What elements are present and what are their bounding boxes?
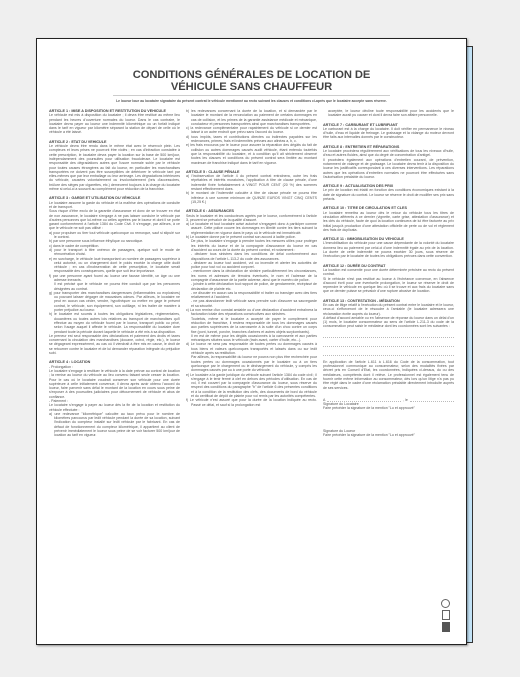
article-12-text-1: La location est consentie pour une durée…: [323, 268, 454, 277]
date-field[interactable]: [410, 398, 454, 402]
article-6-item-d: d) Le loueur ne sera pas responsable de …: [186, 342, 317, 355]
article-3-item-f: f) par une personne ayant fourni au loue…: [49, 274, 180, 283]
article-6-b-dash-6: - ne pas abandonner ledit véhicule sans …: [186, 299, 317, 308]
article-6-c-text-2: Il en est de même pour les dégâts occasi…: [186, 334, 317, 343]
article-13-text-3: En application de l'article L.611 à L.61…: [323, 360, 454, 390]
article-6-f-continued: acceptée, le loueur décline toute respon…: [323, 109, 454, 118]
article-9-text: Le prix de location est établi en foncti…: [323, 188, 454, 201]
mediator-line-1[interactable]: [323, 331, 454, 338]
column-2: b) les redevances concernant la durée de…: [186, 109, 317, 438]
article-3-f-note: Il est précisé que le véhicule ne pourra…: [49, 282, 180, 291]
article-2-text: Le véhicule devra être rendu dans le mêm…: [49, 144, 180, 191]
article-6-b-dash-3: - mentionner dans la déclaration de sini…: [186, 269, 317, 282]
article-4-prolongation-text: Le locataire s'engage à restituer le véh…: [49, 369, 180, 399]
article-6-b-text: De plus, le locataire s'engage à prendre…: [186, 239, 317, 252]
article-4-item-e: e) les frais encourus par le loueur pour…: [186, 143, 317, 164]
recycle-icon: [441, 599, 450, 608]
article-6-b-dash-1: - déclarer tous sinistres dans les condi…: [186, 252, 317, 261]
article-3-intro: Le locataire assume la garde du véhicule…: [49, 201, 180, 210]
date-label: , le: [403, 398, 408, 402]
article-6-item-a: a) Le locataire et tout locataire avisé …: [186, 222, 317, 235]
owner-signature-block: Signature du Loueur Faire précéder la si…: [323, 429, 454, 438]
article-3-outro: Le preneur est seul responsable des décl…: [49, 334, 180, 355]
columns: ARTICLE 1 : MISE A DISPOSITION ET RESTIT…: [49, 109, 454, 438]
article-6-item-c: c) La non remise d'un constat amiable ou…: [186, 308, 317, 317]
tenant-signature-note: Faire précéder la signature de la mentio…: [323, 406, 454, 410]
article-6-b-dash-4: - joindre à cette déclaration tout rappo…: [186, 282, 317, 291]
owner-signature-note: Faire précéder la signature de la mentio…: [323, 433, 454, 437]
article-3-item-e: e) en surcharge, le véhicule loué transp…: [49, 257, 180, 274]
article-5-item-b: b) le montant de l'indemnité calculée à …: [186, 191, 317, 204]
eco-icons: [441, 599, 450, 632]
column-1: ARTICLE 1 : MISE A DISPOSITION ET RESTIT…: [49, 109, 180, 438]
article-6-item-e: e) Le locataire a la garde juridique du …: [186, 373, 317, 399]
article-4-item-b: b) les redevances concernant la durée de…: [186, 109, 317, 126]
article-4-item-c: c) la redevance complémentaire pour rapa…: [186, 126, 317, 135]
trash-bin-icon: [442, 622, 450, 632]
article-4-item-a: a) une redevance "kilométrique" calculée…: [49, 412, 180, 438]
tenant-signature-block: A , le Signature du Locataire Faire préc…: [323, 398, 454, 411]
article-7-text: Le carburant est à la charge du locatair…: [323, 127, 454, 140]
article-1-text: Le véhicule est mis à disposition du loc…: [49, 113, 180, 134]
paper-icon: [442, 610, 450, 620]
article-6-b-dash-2: - déclarer au loueur tout accident, vol …: [186, 261, 317, 270]
article-3-item-h: h) le locataire est soumis à toutes les …: [49, 312, 180, 333]
article-12-text-2: Si le véhicule n'est pas restitué au lou…: [323, 277, 454, 294]
article-13-text-1: En cas de litige relatif à l'exécution d…: [323, 303, 454, 316]
article-13-text-2: A défaut d'accord amiable ou en l'absenc…: [323, 316, 454, 329]
article-6-c-text-1: Toutefois, même si le locataire a accept…: [186, 317, 317, 334]
article-8-text-1: Le locataire procèdera régulièrement aux…: [323, 149, 454, 158]
mediator-line-3[interactable]: [323, 349, 454, 356]
article-10-text: Le locataire remettra au loueur dès le r…: [323, 211, 454, 232]
article-8-text-2: Il procèdera également aux opérations d'…: [323, 158, 454, 179]
article-4-payment-text: Le locataire s'engage à payer au loueur …: [49, 403, 180, 412]
article-3-item-g: g) pour transporter des marchandises dan…: [49, 291, 180, 312]
column-3: acceptée, le loueur décline toute respon…: [323, 109, 454, 438]
document-page: CONDITIONS GÉNÉRALES DE LOCATION DE VÉHI…: [36, 38, 467, 645]
article-6-item-f: f) Le véhicule n'est assuré que pour la …: [186, 398, 317, 407]
article-11-text: L'immobilisation du véhicule pour une ca…: [323, 241, 454, 258]
mediator-line-2[interactable]: [323, 340, 454, 347]
article-6-intro: Seuls le locataire et les conducteurs ag…: [186, 214, 317, 223]
document-title: CONDITIONS GÉNÉRALES DE LOCATION DE VÉHI…: [113, 69, 390, 96]
article-3-item-d: d) pour le transport à titre onéreux de …: [49, 248, 180, 257]
article-3-item-a: a) pour propulser ou tirer tout véhicule…: [49, 231, 180, 240]
article-6-b-dash-5: - ne discuter en aucun cas la responsabi…: [186, 291, 317, 300]
article-4-item-d: d) tous impôts, taxes et contributions d…: [186, 135, 317, 144]
article-5-item-a: a) l'inobservation de l'article 4 du pré…: [186, 174, 317, 191]
article-3-text: Sous risque d'être exclu de la garantie …: [49, 209, 180, 230]
document-subtitle: Le loueur loue au locataire signataire d…: [49, 99, 454, 103]
article-6-d-text: Par ailleurs, la responsabilité du loueu…: [186, 355, 317, 372]
